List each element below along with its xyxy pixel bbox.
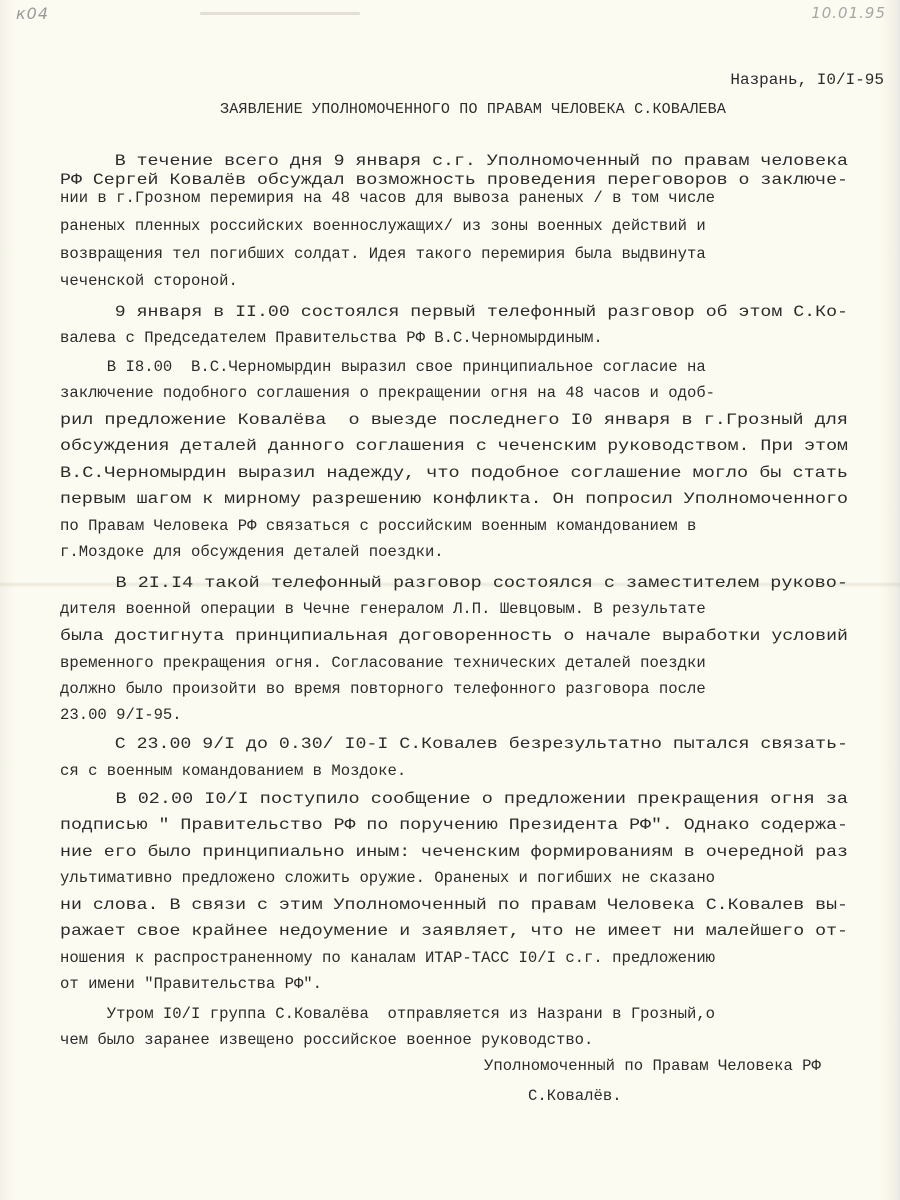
body-line: В I8.00 В.С.Черномырдин выразил свое при… <box>60 358 706 376</box>
body-line: В 2I.I4 такой телефонный разговор состоя… <box>60 574 848 592</box>
body-line: по Правам Человека РФ связаться с россий… <box>60 517 696 535</box>
body-line: ние его было принципиально иным: чеченск… <box>60 843 848 861</box>
body-line: рил предложение Ковалёва о выезде послед… <box>60 411 848 429</box>
body-line: ультимативно предложено сложить оружие. … <box>60 869 715 887</box>
body-line: первым шагом к мирному разрешению конфли… <box>60 490 848 508</box>
body-line: С 23.00 9/I до 0.30/ I0-I С.Ковалев безр… <box>60 735 848 753</box>
handwritten-index-note: к04 <box>16 4 49 23</box>
body-line: 9 января в II.00 состоялся первый телефо… <box>60 303 848 321</box>
body-line: дителя военной операции в Чечне генерало… <box>60 600 706 618</box>
body-line: подписью " Правительство РФ по поручению… <box>60 816 848 834</box>
body-line: обсуждения деталей данного соглашения с … <box>60 437 848 455</box>
body-line: РФ Сергей Ковалёв обсуждал возможность п… <box>60 171 848 189</box>
place-and-date: Назрань, I0/I-95 <box>730 71 884 89</box>
body-line: должно было произойти во время повторног… <box>60 680 706 698</box>
body-line: возвращения тел погибших солдат. Идея та… <box>60 245 706 263</box>
document-page: к04 10.01.95 Назрань, I0/I-95 ЗАЯВЛЕНИЕ … <box>0 0 900 1200</box>
paper-smudge <box>200 12 360 15</box>
body-line: валева с Председателем Правительства РФ … <box>60 329 603 347</box>
body-line: ни слова. В связи с этим Уполномоченный … <box>60 896 848 914</box>
body-line: ся с военным командованием в Моздоке. <box>60 762 406 780</box>
signature-position: Уполномоченный по Правам Человека РФ <box>484 1057 821 1075</box>
body-line: г.Моздоке для обсуждения деталей поездки… <box>60 543 444 561</box>
body-line: временного прекращения огня. Согласовани… <box>60 654 706 672</box>
body-line: Утром I0/I группа С.Ковалёва отправляетс… <box>60 1005 715 1023</box>
body-line: ношения к распространенному по каналам И… <box>60 949 715 967</box>
body-line: была достигнута принципиальная договорен… <box>60 627 848 645</box>
body-line: чеченской стороной. <box>60 272 238 290</box>
body-line: 23.00 9/I-95. <box>60 706 182 724</box>
body-line: чем было заранее извещено российское вое… <box>60 1031 593 1049</box>
body-line: В 02.00 I0/I поступило сообщение о предл… <box>60 790 848 808</box>
body-line: В течение всего дня 9 января с.г. Уполно… <box>60 152 848 170</box>
signature-name: С.Ковалёв. <box>528 1087 622 1105</box>
body-line: от имени "Правительства РФ". <box>60 975 322 993</box>
body-line: ражает свое крайнее недоумение и заявляе… <box>60 922 848 940</box>
document-title: ЗАЯВЛЕНИЕ УПОЛНОМОЧЕННОГО ПО ПРАВАМ ЧЕЛО… <box>220 101 726 118</box>
handwritten-date-note: 10.01.95 <box>811 4 886 22</box>
body-line: заключение подобного соглашения о прекра… <box>60 384 715 402</box>
body-line: В.С.Черномырдин выразил надежду, что под… <box>60 464 848 482</box>
body-line: нии в г.Грозном перемирия на 48 часов дл… <box>60 189 715 207</box>
body-line: раненых пленных российских военнослужащи… <box>60 217 706 235</box>
